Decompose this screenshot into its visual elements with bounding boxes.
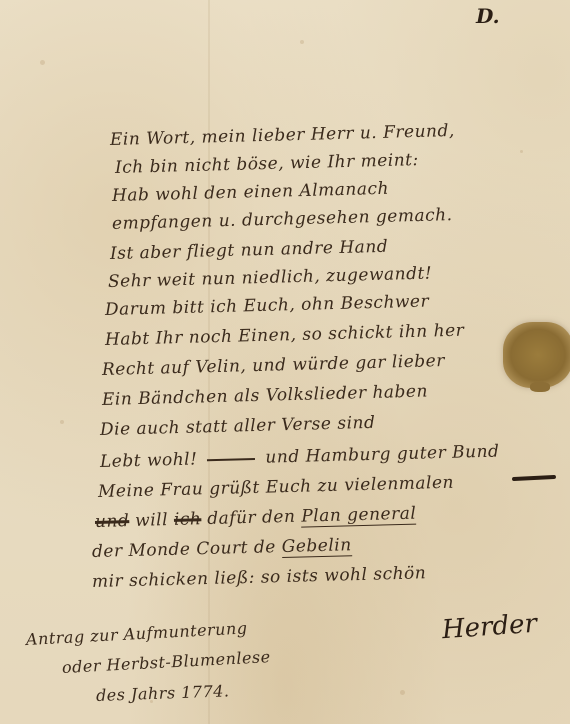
letter-line-4: empfangen u. durchgesehen gemach. <box>112 205 453 234</box>
paper-speck <box>60 420 64 424</box>
letter-line-5: Ist aber fliegt nun andre Hand <box>110 237 389 264</box>
address-line-1: Antrag zur Aufmunterung <box>26 618 248 649</box>
farewell-text: Lebt wohl! <box>100 449 198 472</box>
line-12-tail: und Hamburg guter Bund <box>265 442 499 468</box>
letter-line-13: Meine Frau grüßt Euch zu vielenmalen <box>98 473 454 502</box>
letter-line-14: und will ich dafür den Plan general <box>95 504 417 532</box>
letter-line-11: Die auch statt aller Verse sind <box>100 413 376 440</box>
line-14-text: dafür den <box>207 507 302 529</box>
letter-line-12: Lebt wohl!und Hamburg guter Bund <box>100 442 500 472</box>
wax-seal <box>503 322 570 388</box>
letter-line-15: der Monde Court de Gebelin <box>92 535 352 562</box>
letter-line-6: Sehr weit nun niedlich, zugewandt! <box>108 264 433 292</box>
wax-seal-drip <box>530 382 550 392</box>
letter-line-10: Ein Bändchen als Volkslieder haben <box>102 381 428 410</box>
letter-line-16: mir schicken ließ: so ists wohl schön <box>92 563 427 592</box>
underlined-term: Plan general <box>301 504 417 528</box>
ink-stroke <box>512 475 556 481</box>
paper-speck <box>400 690 405 695</box>
struck-word: ich <box>174 509 202 530</box>
manuscript-page: D. Ein Wort, mein lieber Herr u. Freund,… <box>0 0 570 724</box>
letter-line-9: Recht auf Velin, und würde gar lieber <box>102 351 445 380</box>
letter-line-3: Hab wohl den einen Almanach <box>112 179 389 206</box>
signature: Herder <box>441 609 538 646</box>
line-15-text: der Monde Court de <box>92 537 282 562</box>
letter-line-1: Ein Wort, mein lieber Herr u. Freund, <box>110 121 455 150</box>
paper-speck <box>40 60 45 65</box>
letter-line-8: Habt Ihr noch Einen, so schickt ihn her <box>105 321 465 350</box>
struck-word: und <box>95 511 130 532</box>
address-line-2: oder Herbst-Blumenlese <box>62 647 272 677</box>
paper-speck <box>520 150 523 153</box>
letter-line-2: Ich bin nicht böse, wie Ihr meint: <box>115 150 419 178</box>
dash-stroke <box>207 457 255 460</box>
underlined-term: Gebelin <box>281 535 351 558</box>
line-14-text: will <box>135 510 174 531</box>
letter-line-7: Darum bitt ich Euch, ohn Beschwer <box>105 292 430 320</box>
page-marker: D. <box>476 4 500 28</box>
paper-speck <box>300 40 304 44</box>
